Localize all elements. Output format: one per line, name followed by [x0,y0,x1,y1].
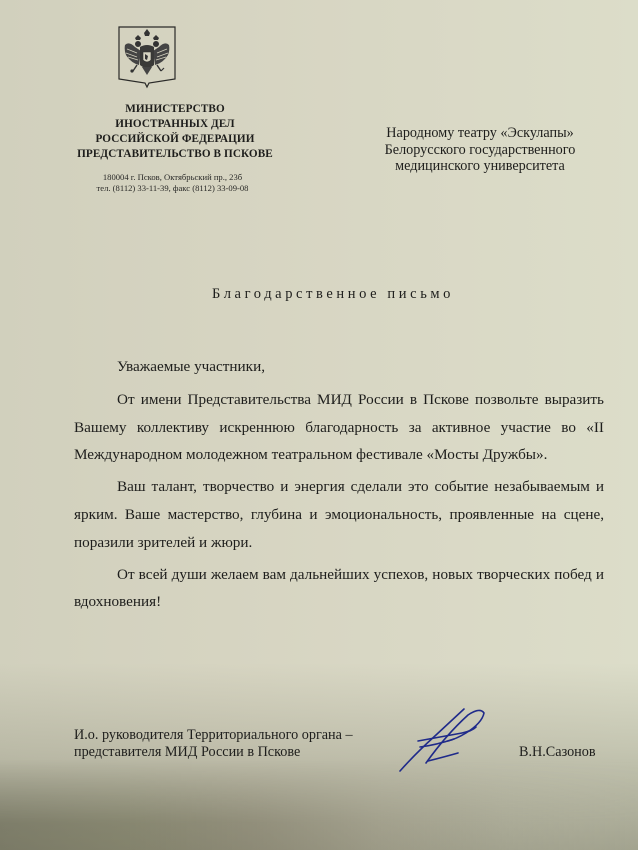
address-line: 180004 г. Псков, Октябрьский пр., 23б [65,172,280,183]
ministry-line: РОССИЙСКОЙ ФЕДЕРАЦИИ [75,132,275,147]
addressee-line: Белорусского государственного [355,142,605,159]
addressee-line: Народному театру «Эскулапы» [355,125,605,142]
addressee-block: Народному театру «Эскулапы» Белорусского… [355,125,605,175]
ministry-line: ИНОСТРАННЫХ ДЕЛ [75,117,275,132]
photo-shadow [0,760,638,850]
ministry-line: МИНИСТЕРСТВО [75,102,275,117]
letter-body: Уважаемые участники, От имени Представит… [74,353,604,616]
signer-name: В.Н.Сазонов [519,744,596,761]
signer-position: И.о. руководителя Территориального орган… [74,727,353,761]
handwritten-signature-icon [396,705,506,775]
ministry-address: 180004 г. Псков, Октябрьский пр., 23б те… [65,172,280,194]
body-paragraph: От имени Представительства МИД России в … [74,386,604,469]
contact-line: тел. (8112) 33-11-39, факс (8112) 33-09-… [65,183,280,194]
ministry-line: ПРЕДСТАВИТЕЛЬСТВО В ПСКОВЕ [75,147,275,162]
addressee-line: медицинского университета [355,158,605,175]
russian-coat-of-arms-icon [117,25,177,89]
ministry-name: МИНИСТЕРСТВО ИНОСТРАННЫХ ДЕЛ РОССИЙСКОЙ … [75,102,275,162]
body-paragraph: Ваш талант, творчество и энергия сделали… [74,473,604,556]
letter-title: Благодарственное письмо [0,286,638,303]
body-paragraph: От всей души желаем вам дальнейших успех… [74,561,604,617]
signer-position-line: И.о. руководителя Территориального орган… [74,727,353,744]
signer-position-line: представителя МИД России в Пскове [74,744,353,761]
greeting: Уважаемые участники, [74,353,604,381]
